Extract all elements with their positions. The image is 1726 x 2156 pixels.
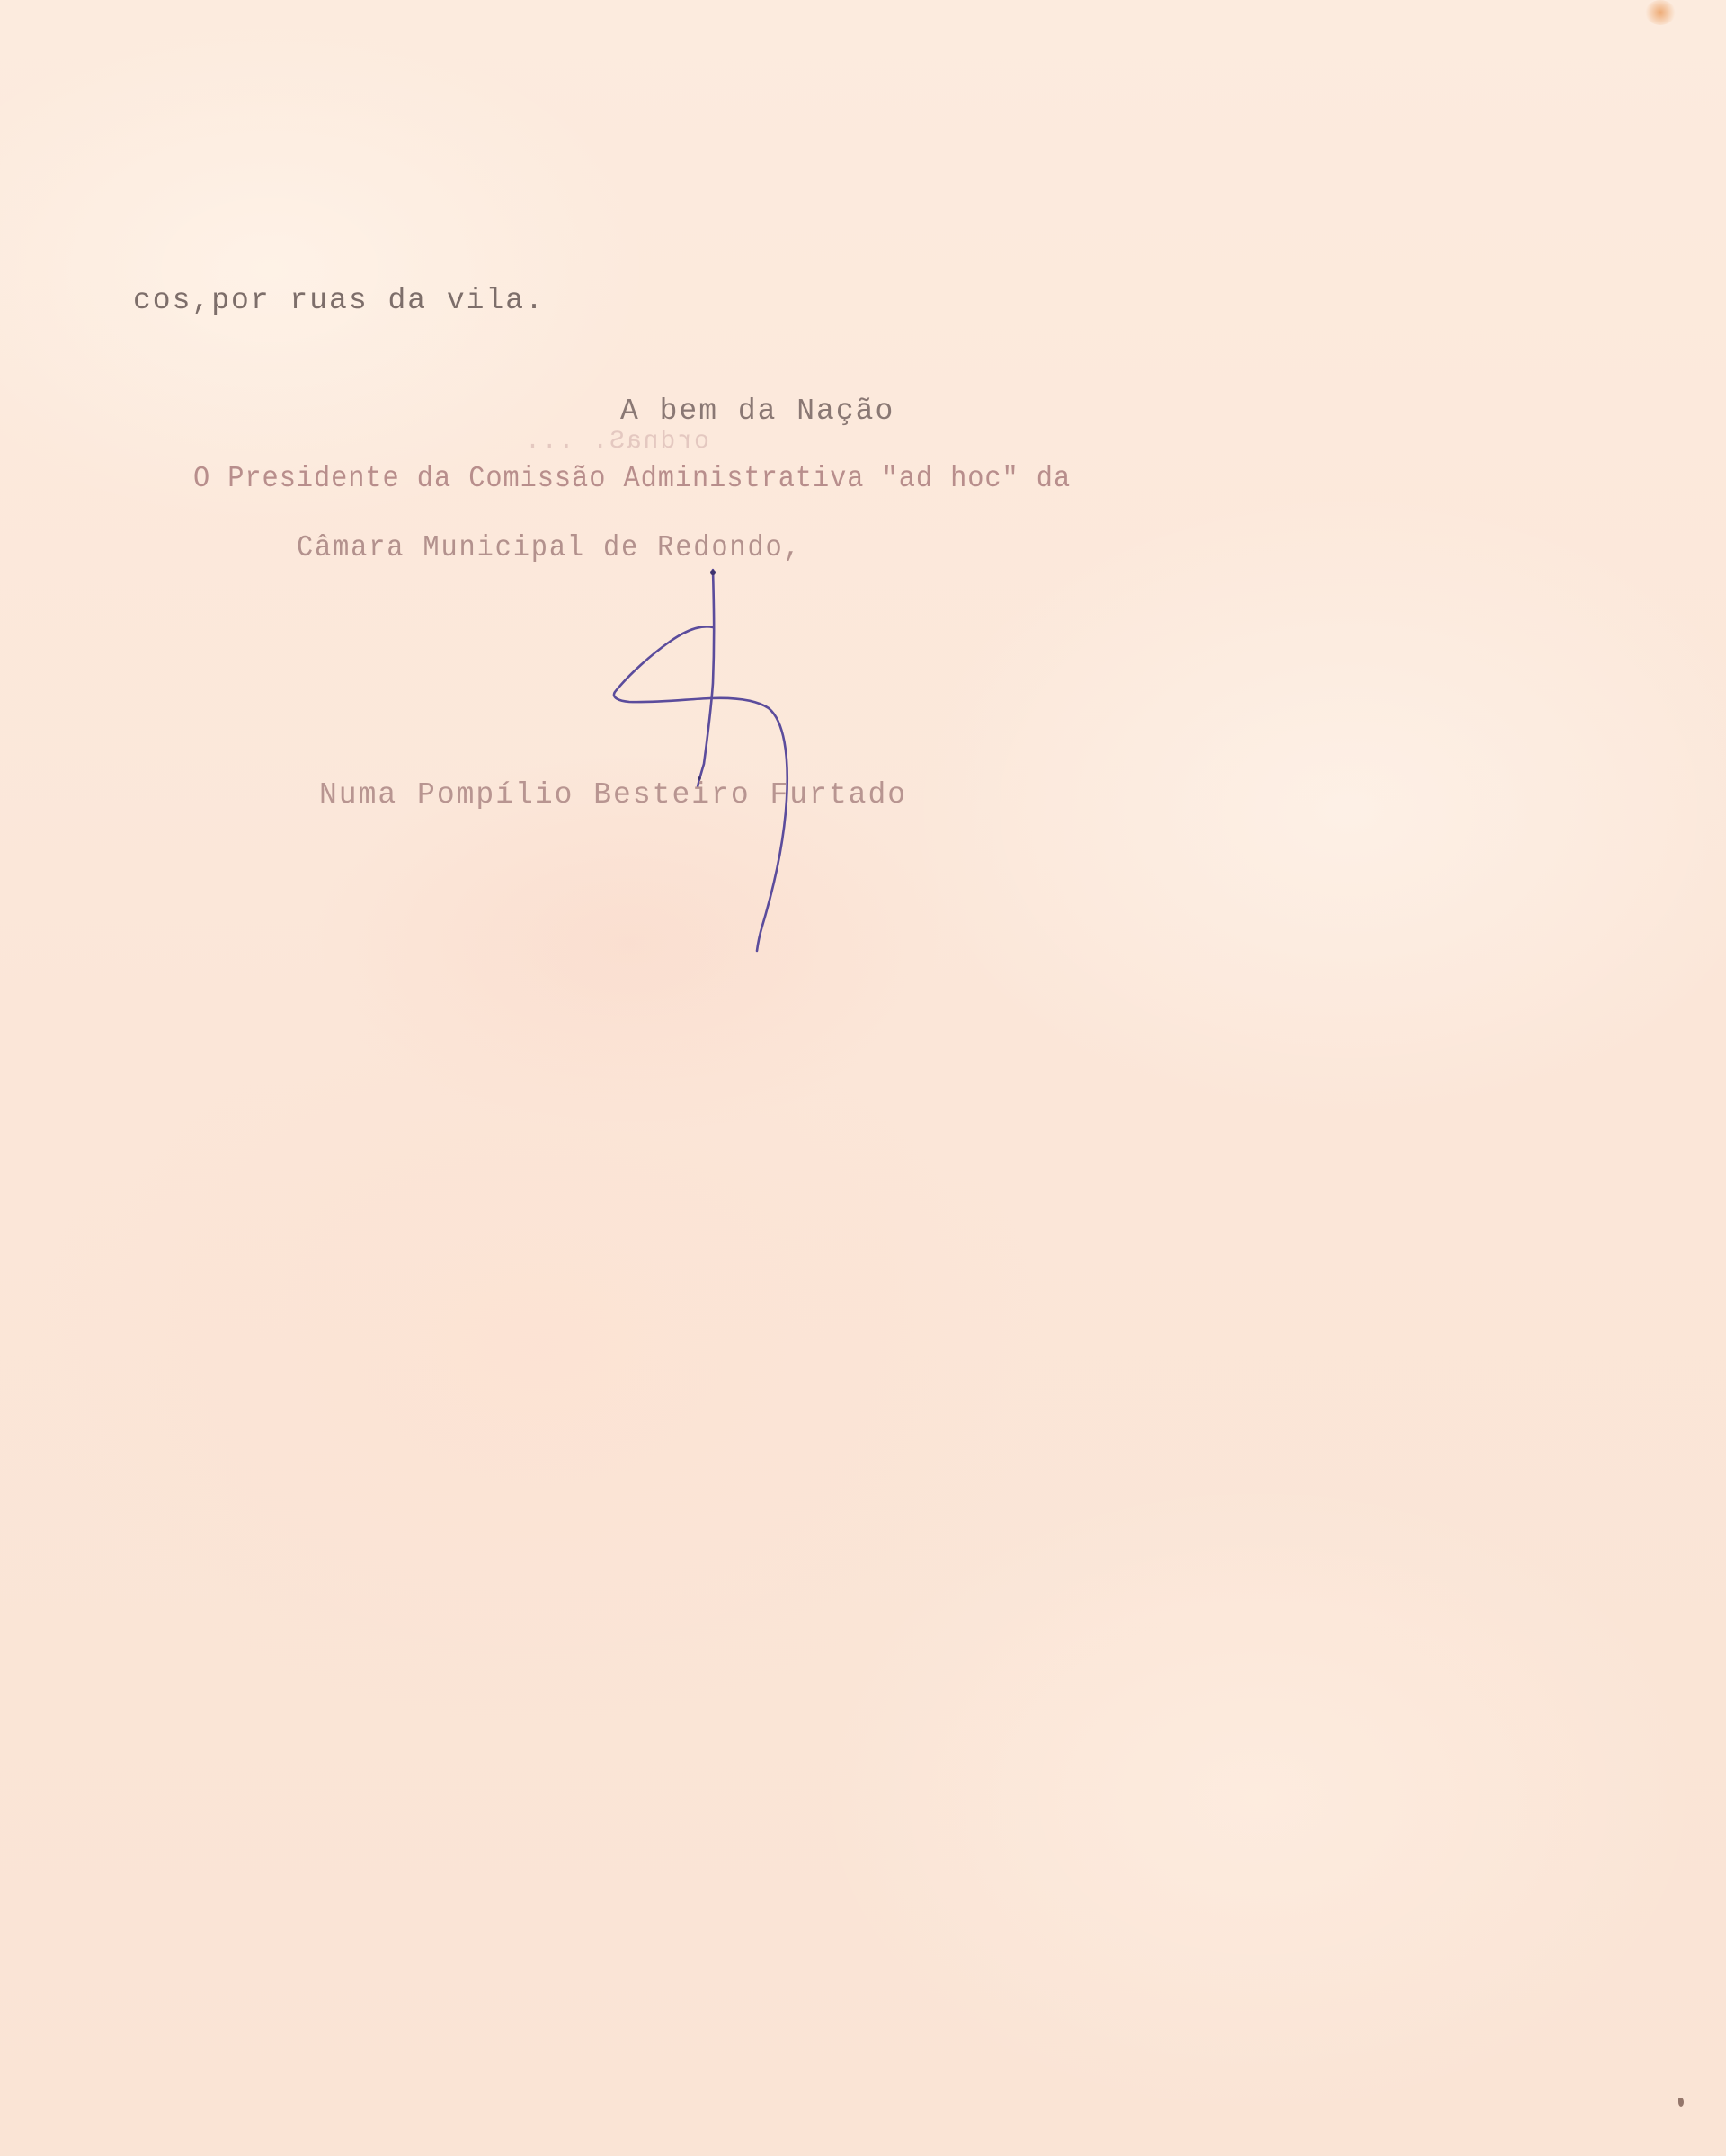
body-text-line: cos,por ruas da vila. <box>133 286 545 315</box>
ink-speck <box>1678 2098 1684 2107</box>
document-page: cos,por ruas da vila. A bem da Nação ord… <box>0 0 1726 2156</box>
signatory-name: Numa Pompílio Besteiro Furtado <box>319 780 907 810</box>
handwritten-signature <box>584 548 809 971</box>
signatory-title-line-1: O Presidente da Comissão Administrativa … <box>193 464 1071 493</box>
paper-stain <box>1645 0 1676 25</box>
closing-salutation: A bem da Nação <box>620 396 894 426</box>
bleed-through-text: ordnaS. ... <box>523 428 709 456</box>
